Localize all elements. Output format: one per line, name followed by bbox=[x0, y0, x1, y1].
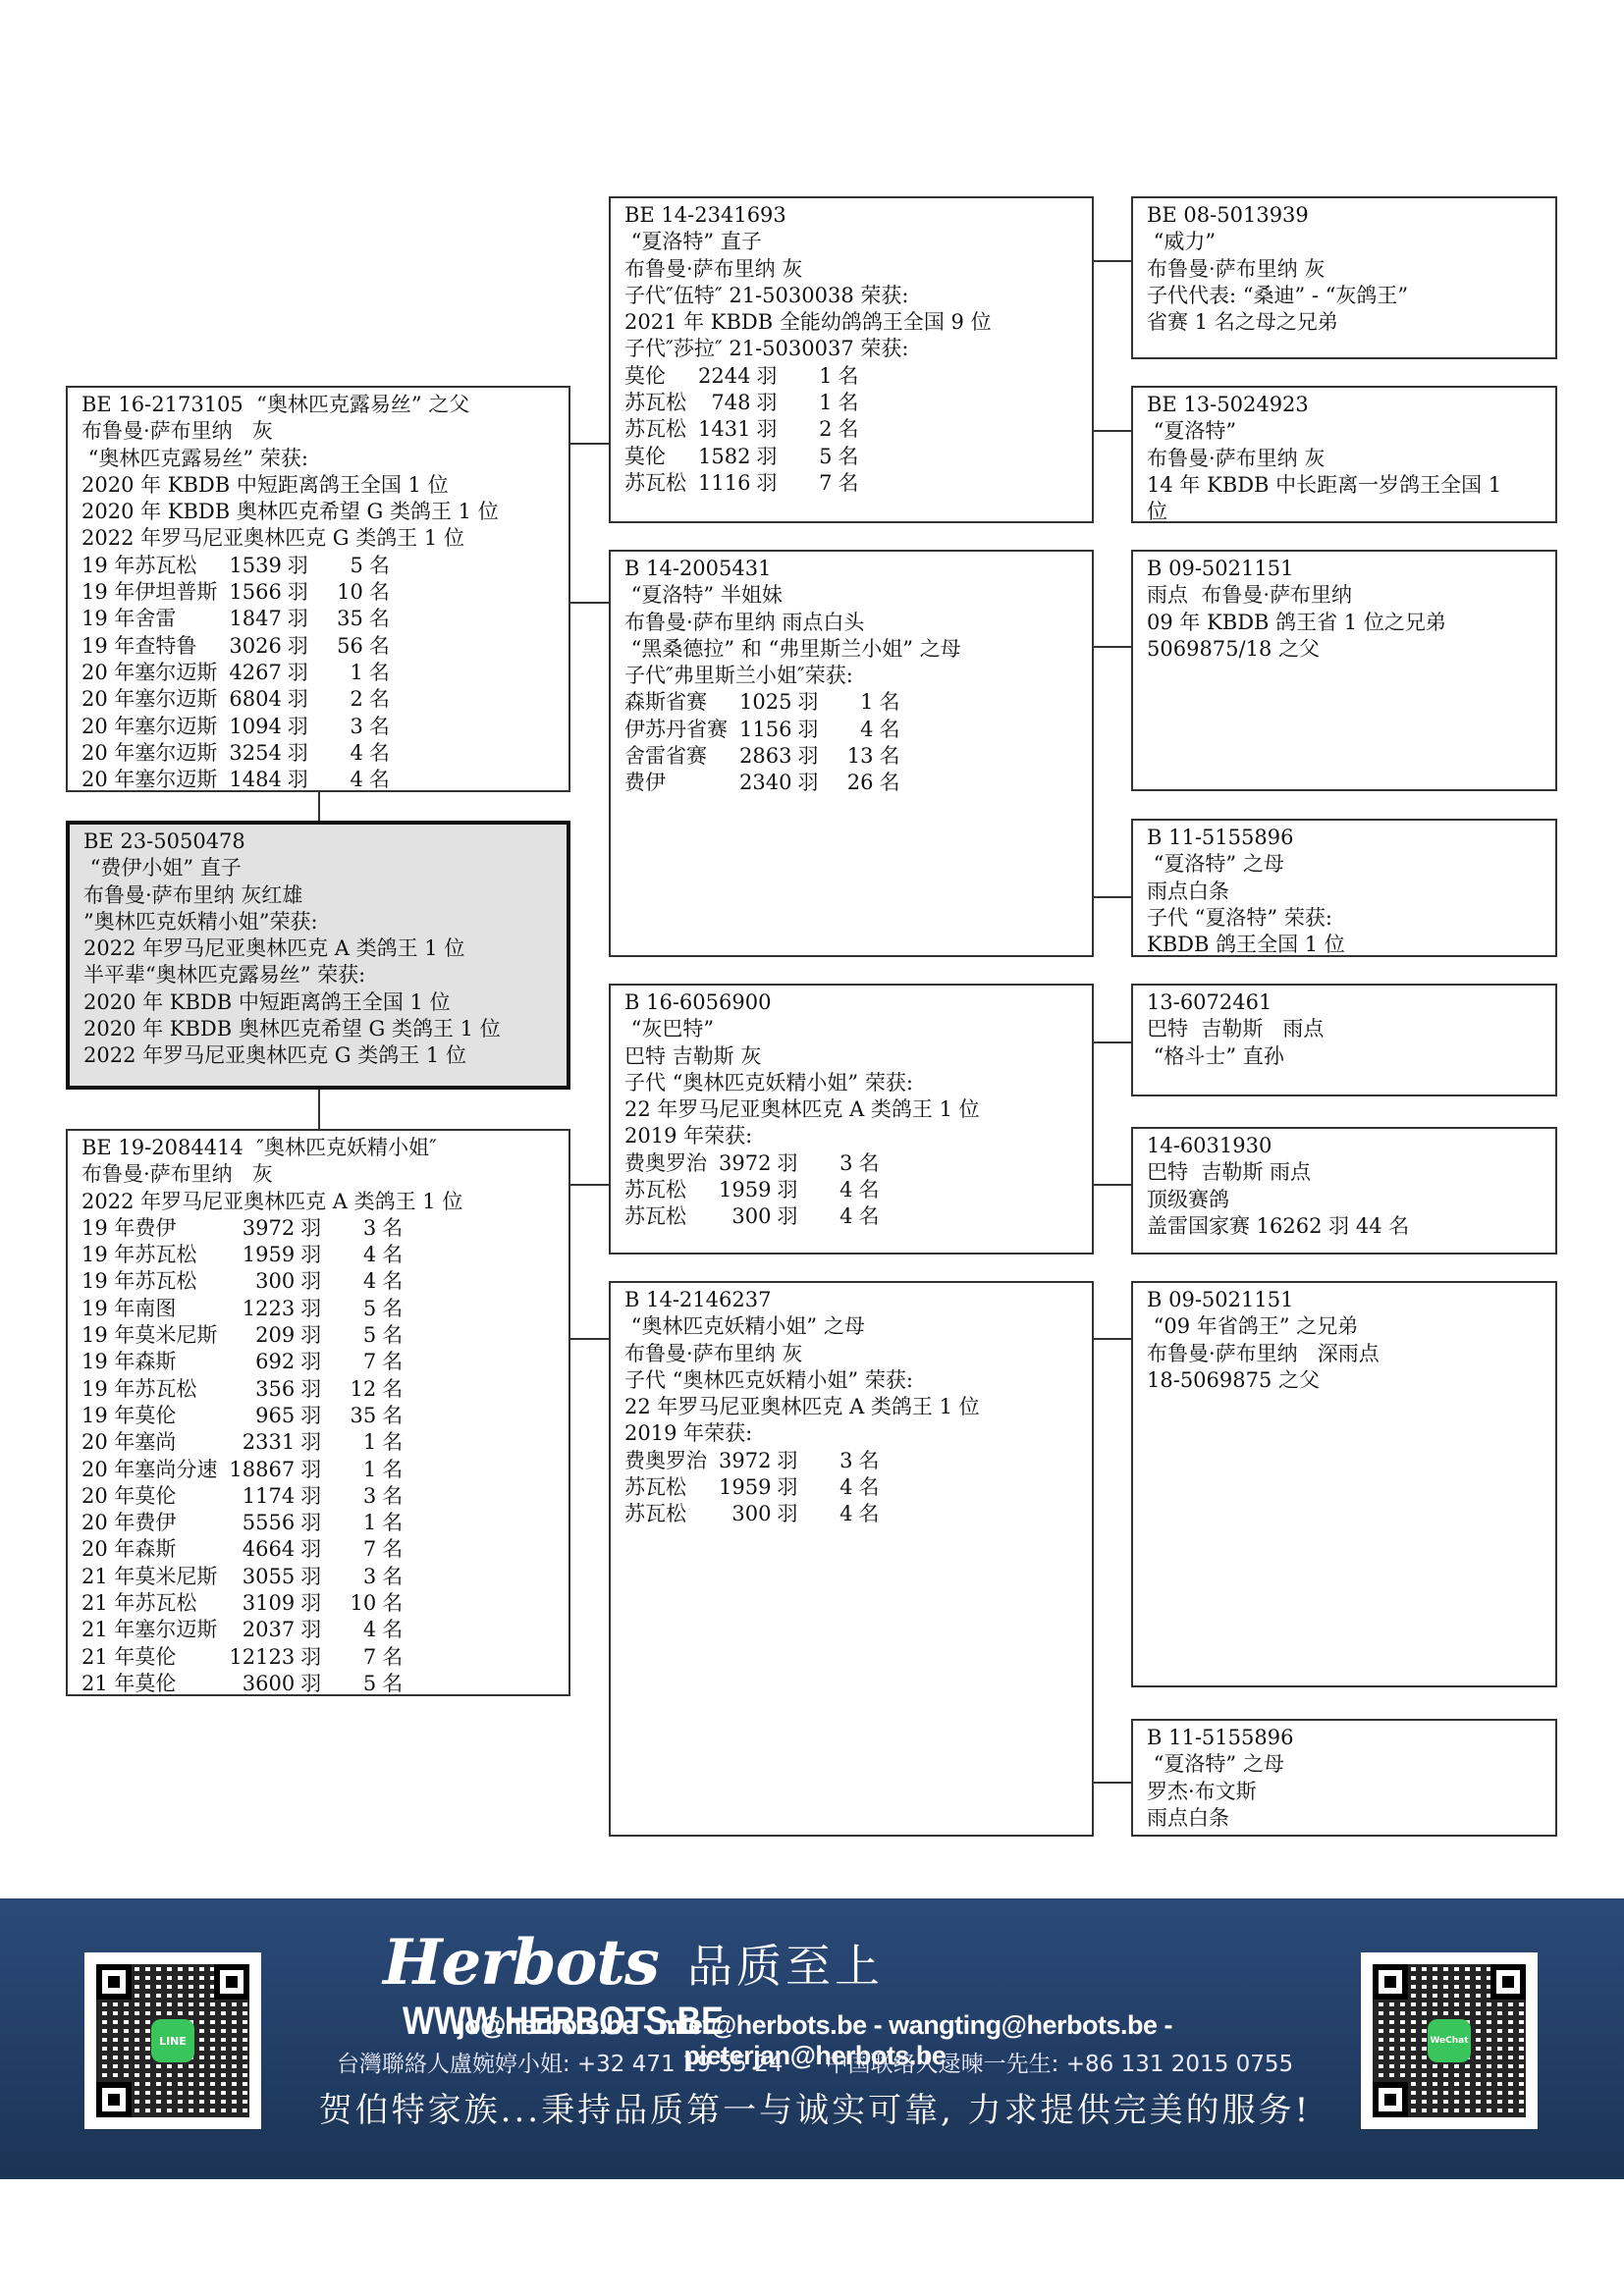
result-row: 21 年莫伦12123羽7名 bbox=[81, 1644, 403, 1671]
subject-line: 2022 年罗马尼亚奥林匹克 G 类鸽王 1 位 bbox=[83, 1042, 553, 1069]
gp-line: “黑桑德拉” 和 “弗里斯兰小姐” 之母 bbox=[624, 636, 1078, 663]
result-race: 苏瓦松 bbox=[624, 1177, 707, 1203]
result-birds: 12123 bbox=[217, 1644, 295, 1671]
subject-ring: BE 23-5050478 bbox=[83, 828, 553, 855]
ggp-line: “夏洛特” bbox=[1147, 418, 1542, 445]
connector-dam-dd bbox=[569, 1338, 609, 1340]
result-unit: 羽 bbox=[295, 1483, 321, 1510]
result-row: 19 年莫米尼斯209羽5名 bbox=[81, 1322, 403, 1349]
result-birds: 3600 bbox=[217, 1671, 295, 1697]
result-birds: 2340 bbox=[728, 770, 791, 796]
subject-line: 2020 年 KBDB 奥林匹克希望 G 类鸽王 1 位 bbox=[83, 1016, 553, 1042]
result-rank-unit: 名 bbox=[376, 1215, 403, 1242]
result-rank: 13 bbox=[818, 743, 873, 770]
result-race: 19 年苏瓦松 bbox=[81, 1376, 217, 1403]
connector-ss-ssd bbox=[1092, 430, 1131, 432]
gp-line: B 16-6056900 bbox=[624, 989, 1078, 1016]
result-row: 20 年塞尔迈斯4267羽1名 bbox=[81, 660, 390, 686]
gp-line: 子代″伍特″ 21-5030038 荣获: bbox=[624, 283, 1078, 309]
result-birds: 1174 bbox=[217, 1483, 295, 1510]
result-birds: 3254 bbox=[217, 740, 281, 767]
result-unit: 羽 bbox=[771, 1203, 797, 1230]
result-race: 苏瓦松 bbox=[624, 1474, 707, 1501]
result-row: 20 年塞尚分速18867羽1名 bbox=[81, 1457, 403, 1483]
result-rank-unit: 名 bbox=[363, 633, 390, 660]
ggp-card-sss: BE 08-5013939 “威力” 布鲁曼·萨布里纳 灰 子代代表: “桑迪”… bbox=[1131, 196, 1557, 359]
result-rank: 4 bbox=[321, 1617, 376, 1643]
result-race: 19 年伊坦普斯 bbox=[81, 579, 217, 606]
ggp-line: B 09-5021151 bbox=[1147, 1287, 1542, 1313]
result-rank: 5 bbox=[321, 1671, 376, 1697]
result-birds: 209 bbox=[217, 1322, 295, 1349]
result-rank-unit: 名 bbox=[376, 1536, 403, 1563]
result-birds: 3055 bbox=[217, 1564, 295, 1590]
subject-line: “费伊小姐” 直子 bbox=[83, 855, 553, 881]
result-rank-unit: 名 bbox=[852, 1203, 879, 1230]
result-birds: 3109 bbox=[217, 1590, 295, 1617]
result-birds: 692 bbox=[217, 1349, 295, 1375]
result-rank-unit: 名 bbox=[376, 1242, 403, 1268]
result-rank-unit: 名 bbox=[363, 579, 390, 606]
result-row: 苏瓦松1959羽4名 bbox=[624, 1177, 879, 1203]
result-rank: 1 bbox=[321, 1457, 376, 1483]
result-row: 19 年苏瓦松1539羽5名 bbox=[81, 553, 390, 579]
ggp-line: 罗杰·布文斯 bbox=[1147, 1779, 1542, 1805]
ggp-card-dds: B 09-5021151 “09 年省鸽王” 之兄弟 布鲁曼·萨布里纳 深雨点 … bbox=[1131, 1281, 1557, 1687]
ggp-line: BE 13-5024923 bbox=[1147, 392, 1542, 418]
gp-line: “夏洛特” 直子 bbox=[624, 229, 1078, 255]
sire-line: 2022 年罗马尼亚奥林匹克 G 类鸽王 1 位 bbox=[81, 525, 555, 552]
connector-dam-ds bbox=[569, 1184, 609, 1186]
result-row: 19 年莫伦965羽35名 bbox=[81, 1403, 403, 1429]
gp-line: 2019 年荣获: bbox=[624, 1123, 1078, 1149]
ggp-line: 位 bbox=[1147, 499, 1542, 525]
result-birds: 1116 bbox=[686, 470, 750, 497]
ggp-line: 省赛 1 名之母之兄弟 bbox=[1147, 309, 1542, 336]
line-app-icon: LINE bbox=[151, 2019, 194, 2062]
result-birds: 1025 bbox=[728, 689, 791, 716]
subject-line: 2022 年罗马尼亚奥林匹克 A 类鸽王 1 位 bbox=[83, 935, 553, 962]
ggp-card-sds: B 09-5021151 雨点 布鲁曼·萨布里纳 09 年 KBDB 鸽王省 1… bbox=[1131, 550, 1557, 791]
result-rank-unit: 名 bbox=[873, 689, 899, 716]
result-race: 19 年莫伦 bbox=[81, 1403, 217, 1429]
result-row: 莫伦1582羽5名 bbox=[624, 444, 858, 470]
result-race: 森斯省赛 bbox=[624, 689, 728, 716]
result-rank: 4 bbox=[321, 1242, 376, 1268]
gp-line: 22 年罗马尼亚奥林匹克 A 类鸽王 1 位 bbox=[624, 1096, 1078, 1123]
result-rank-unit: 名 bbox=[852, 1177, 879, 1203]
gp-line: 子代 “奥林匹克妖精小姐” 荣获: bbox=[624, 1367, 1078, 1394]
result-race: 苏瓦松 bbox=[624, 416, 686, 443]
result-unit: 羽 bbox=[295, 1564, 321, 1590]
connector-sire-ss bbox=[569, 443, 609, 445]
result-birds: 1431 bbox=[686, 416, 750, 443]
result-rank: 4 bbox=[797, 1474, 852, 1501]
result-rank-unit: 名 bbox=[376, 1349, 403, 1375]
sire-line: 布鲁曼·萨布里纳 灰 bbox=[81, 418, 555, 445]
result-unit: 羽 bbox=[791, 689, 818, 716]
result-birds: 4267 bbox=[217, 660, 281, 686]
result-rank-unit: 名 bbox=[832, 444, 858, 470]
ggp-line: BE 08-5013939 bbox=[1147, 202, 1542, 229]
result-race: 19 年莫米尼斯 bbox=[81, 1322, 217, 1349]
ggp-line: 雨点白条 bbox=[1147, 879, 1542, 905]
result-race: 21 年莫米尼斯 bbox=[81, 1564, 217, 1590]
result-race: 21 年莫伦 bbox=[81, 1644, 217, 1671]
result-unit: 羽 bbox=[750, 444, 777, 470]
result-row: 苏瓦松300羽4名 bbox=[624, 1501, 879, 1527]
ggp-line: 顶级赛鸽 bbox=[1147, 1187, 1542, 1213]
line-qr-code[interactable]: LINE bbox=[84, 1952, 261, 2129]
result-race: 21 年莫伦 bbox=[81, 1671, 217, 1697]
result-unit: 羽 bbox=[295, 1349, 321, 1375]
sire-line: “奥林匹克露易丝” 荣获: bbox=[81, 446, 555, 472]
result-rank-unit: 名 bbox=[376, 1510, 403, 1536]
subject-line: 布鲁曼·萨布里纳 灰红雄 bbox=[83, 882, 553, 909]
subject-line: 半平辈“奥林匹克露易丝” 荣获: bbox=[83, 962, 553, 988]
result-birds: 748 bbox=[686, 390, 750, 416]
gp-line: 布鲁曼·萨布里纳 灰 bbox=[624, 1341, 1078, 1367]
result-unit: 羽 bbox=[295, 1296, 321, 1322]
result-rank-unit: 名 bbox=[376, 1457, 403, 1483]
herbots-logo: Herbots bbox=[383, 1926, 659, 2000]
ggp-line: 巴特 吉勒斯 雨点 bbox=[1147, 1159, 1542, 1186]
result-race: 19 年南图 bbox=[81, 1296, 217, 1322]
ggp-line: B 09-5021151 bbox=[1147, 556, 1542, 582]
result-birds: 1959 bbox=[217, 1242, 295, 1268]
gp-line: 布鲁曼·萨布里纳 雨点白头 bbox=[624, 610, 1078, 636]
connector-dd-dds bbox=[1092, 1338, 1131, 1340]
ggp-line: B 11-5155896 bbox=[1147, 825, 1542, 851]
result-unit: 羽 bbox=[282, 660, 308, 686]
result-birds: 1959 bbox=[707, 1474, 771, 1501]
result-unit: 羽 bbox=[771, 1177, 797, 1203]
result-row: 19 年费伊3972羽3名 bbox=[81, 1215, 403, 1242]
result-row: 舍雷省赛2863羽13名 bbox=[624, 743, 899, 770]
result-rank: 3 bbox=[321, 1564, 376, 1590]
result-birds: 3972 bbox=[217, 1215, 295, 1242]
result-rank-unit: 名 bbox=[873, 770, 899, 796]
sire-results-table: 19 年苏瓦松1539羽5名19 年伊坦普斯1566羽10名19 年舍雷1847… bbox=[81, 553, 390, 794]
sire-line: 2020 年 KBDB 奥林匹克希望 G 类鸽王 1 位 bbox=[81, 499, 555, 525]
result-birds: 300 bbox=[217, 1268, 295, 1295]
result-rank-unit: 名 bbox=[852, 1448, 879, 1474]
gp-line: B 14-2146237 bbox=[624, 1287, 1078, 1313]
result-row: 森斯省赛1025羽1名 bbox=[624, 689, 899, 716]
result-race: 20 年莫伦 bbox=[81, 1483, 217, 1510]
result-rank-unit: 名 bbox=[376, 1429, 403, 1456]
result-birds: 1094 bbox=[217, 714, 281, 740]
contact-phones: 台灣聯絡人盧婉婷小姐: +32 471 19 55 24 中国联络人逯暕一先生:… bbox=[295, 2046, 1335, 2078]
result-row: 19 年舍雷1847羽35名 bbox=[81, 606, 390, 632]
result-rank-unit: 名 bbox=[363, 714, 390, 740]
ggp-line: 18-5069875 之父 bbox=[1147, 1367, 1542, 1394]
result-rank-unit: 名 bbox=[376, 1376, 403, 1403]
result-race: 19 年舍雷 bbox=[81, 606, 217, 632]
result-unit: 羽 bbox=[750, 416, 777, 443]
result-rank-unit: 名 bbox=[376, 1403, 403, 1429]
result-rank: 1 bbox=[321, 1429, 376, 1456]
result-rank: 35 bbox=[321, 1403, 376, 1429]
result-race: 21 年苏瓦松 bbox=[81, 1590, 217, 1617]
result-rank: 3 bbox=[308, 714, 363, 740]
result-rank: 12 bbox=[321, 1376, 376, 1403]
result-race: 费奥罗治 bbox=[624, 1448, 707, 1474]
result-race: 费奥罗治 bbox=[624, 1150, 707, 1177]
granddam-maternal-card: B 14-2146237 “奥林匹克妖精小姐” 之母 布鲁曼·萨布里纳 灰 子代… bbox=[609, 1281, 1094, 1837]
ggp-line: 13-6072461 bbox=[1147, 989, 1542, 1016]
result-rank: 26 bbox=[818, 770, 873, 796]
result-race: 20 年塞尚分速 bbox=[81, 1457, 217, 1483]
qr-finder-icon bbox=[1373, 2082, 1408, 2117]
result-row: 21 年塞尔迈斯2037羽4名 bbox=[81, 1617, 403, 1643]
result-unit: 羽 bbox=[282, 740, 308, 767]
result-row: 20 年莫伦1174羽3名 bbox=[81, 1483, 403, 1510]
result-unit: 羽 bbox=[295, 1429, 321, 1456]
dam-line: 布鲁曼·萨布里纳 灰 bbox=[81, 1161, 555, 1188]
result-rank: 3 bbox=[797, 1448, 852, 1474]
result-unit: 羽 bbox=[295, 1403, 321, 1429]
dam-card: BE 19-2084414 ″奥林匹克妖精小姐″ 布鲁曼·萨布里纳 灰 2022… bbox=[66, 1129, 570, 1696]
result-unit: 羽 bbox=[282, 714, 308, 740]
gp-line: BE 14-2341693 bbox=[624, 202, 1078, 229]
result-unit: 羽 bbox=[771, 1448, 797, 1474]
result-row: 19 年苏瓦松1959羽4名 bbox=[81, 1242, 403, 1268]
gp-line: 子代 “奥林匹克妖精小姐” 荣获: bbox=[624, 1070, 1078, 1096]
result-rank-unit: 名 bbox=[363, 606, 390, 632]
result-race: 苏瓦松 bbox=[624, 1203, 707, 1230]
wechat-qr-code[interactable]: WeChat bbox=[1361, 1952, 1538, 2129]
result-row: 21 年莫伦3600羽5名 bbox=[81, 1671, 403, 1697]
result-birds: 965 bbox=[217, 1403, 295, 1429]
ggp-line: “夏洛特” 之母 bbox=[1147, 1751, 1542, 1778]
result-birds: 3972 bbox=[707, 1448, 771, 1474]
result-row: 20 年塞尔迈斯3254羽4名 bbox=[81, 740, 390, 767]
qr-finder-icon bbox=[1373, 1964, 1408, 2000]
result-unit: 羽 bbox=[295, 1376, 321, 1403]
gp-line: 2021 年 KBDB 全能幼鸽鸽王全国 9 位 bbox=[624, 309, 1078, 336]
result-race: 19 年苏瓦松 bbox=[81, 1268, 217, 1295]
result-rank: 4 bbox=[321, 1268, 376, 1295]
result-rank: 5 bbox=[308, 553, 363, 579]
result-race: 20 年塞尔迈斯 bbox=[81, 740, 217, 767]
result-rank-unit: 名 bbox=[376, 1322, 403, 1349]
result-birds: 2863 bbox=[728, 743, 791, 770]
result-rank: 4 bbox=[818, 717, 873, 743]
result-unit: 羽 bbox=[771, 1474, 797, 1501]
result-race: 20 年塞尔迈斯 bbox=[81, 686, 217, 713]
result-rank-unit: 名 bbox=[832, 363, 858, 390]
result-row: 20 年塞尚2331羽1名 bbox=[81, 1429, 403, 1456]
result-rank: 4 bbox=[797, 1501, 852, 1527]
qr-finder-icon bbox=[96, 2082, 132, 2117]
result-rank: 1 bbox=[321, 1510, 376, 1536]
connector-ds-dsd bbox=[1092, 1184, 1131, 1186]
grandsire-maternal-card: B 16-6056900 “灰巴特” 巴特 吉勒斯 灰 子代 “奥林匹克妖精小姐… bbox=[609, 984, 1094, 1255]
gp-line: 子代″莎拉″ 21-5030037 荣获: bbox=[624, 336, 1078, 362]
result-race: 20 年森斯 bbox=[81, 1536, 217, 1563]
result-row: 20 年塞尔迈斯6804羽2名 bbox=[81, 686, 390, 713]
result-race: 莫伦 bbox=[624, 363, 686, 390]
qr-finder-icon bbox=[214, 1964, 249, 2000]
result-rank: 7 bbox=[321, 1536, 376, 1563]
result-race: 19 年苏瓦松 bbox=[81, 1242, 217, 1268]
sire-line: BE 16-2173105 “奥林匹克露易丝” 之父 bbox=[81, 392, 555, 418]
result-birds: 18867 bbox=[217, 1457, 295, 1483]
ggp-line: B 11-5155896 bbox=[1147, 1725, 1542, 1751]
result-rank: 2 bbox=[308, 686, 363, 713]
gp-line: 22 年罗马尼亚奥林匹克 A 类鸽王 1 位 bbox=[624, 1394, 1078, 1420]
result-race: 21 年塞尔迈斯 bbox=[81, 1617, 217, 1643]
result-race: 19 年森斯 bbox=[81, 1349, 217, 1375]
result-rank-unit: 名 bbox=[376, 1483, 403, 1510]
ggp-card-dsd: 14-6031930 巴特 吉勒斯 雨点 顶级赛鸽 盖雷国家赛 16262 羽 … bbox=[1131, 1127, 1557, 1255]
result-rank-unit: 名 bbox=[376, 1296, 403, 1322]
result-rank: 2 bbox=[777, 416, 832, 443]
result-rank: 4 bbox=[797, 1177, 852, 1203]
qr-finder-icon bbox=[96, 1964, 132, 2000]
result-rank: 56 bbox=[308, 633, 363, 660]
result-rank: 5 bbox=[321, 1322, 376, 1349]
result-rank-unit: 名 bbox=[873, 743, 899, 770]
ggp-line: 雨点白条 bbox=[1147, 1805, 1542, 1832]
gp-line: “灰巴特” bbox=[624, 1016, 1078, 1042]
result-rank-unit: 名 bbox=[376, 1564, 403, 1590]
result-birds: 300 bbox=[707, 1203, 771, 1230]
result-unit: 羽 bbox=[282, 633, 308, 660]
result-rank: 3 bbox=[321, 1483, 376, 1510]
result-row: 苏瓦松1431羽2名 bbox=[624, 416, 858, 443]
ggp-card-ddd: B 11-5155896 “夏洛特” 之母 罗杰·布文斯 雨点白条 bbox=[1131, 1719, 1557, 1837]
result-row: 19 年查特鲁3026羽56名 bbox=[81, 633, 390, 660]
result-race: 19 年苏瓦松 bbox=[81, 553, 217, 579]
result-rank: 7 bbox=[777, 470, 832, 497]
result-rank-unit: 名 bbox=[852, 1150, 879, 1177]
result-unit: 羽 bbox=[295, 1215, 321, 1242]
result-race: 20 年塞尔迈斯 bbox=[81, 767, 217, 793]
result-unit: 羽 bbox=[791, 743, 818, 770]
ggp-line: “09 年省鸽王” 之兄弟 bbox=[1147, 1313, 1542, 1340]
result-unit: 羽 bbox=[791, 770, 818, 796]
result-birds: 3026 bbox=[217, 633, 281, 660]
slogan: 品质至上 bbox=[687, 1940, 884, 1993]
result-unit: 羽 bbox=[295, 1671, 321, 1697]
result-rank: 7 bbox=[321, 1644, 376, 1671]
ggp-line: 布鲁曼·萨布里纳 灰 bbox=[1147, 256, 1542, 283]
result-birds: 2037 bbox=[217, 1617, 295, 1643]
subject-card: BE 23-5050478 “费伊小姐” 直子 布鲁曼·萨布里纳 灰红雄 ”奥林… bbox=[66, 821, 570, 1090]
result-row: 苏瓦松300羽4名 bbox=[624, 1203, 879, 1230]
result-birds: 1223 bbox=[217, 1296, 295, 1322]
result-rank-unit: 名 bbox=[852, 1501, 879, 1527]
result-row: 19 年森斯692羽7名 bbox=[81, 1349, 403, 1375]
result-rank-unit: 名 bbox=[873, 717, 899, 743]
result-unit: 羽 bbox=[295, 1457, 321, 1483]
result-rank: 4 bbox=[797, 1203, 852, 1230]
dam-line: BE 19-2084414 ″奥林匹克妖精小姐″ bbox=[81, 1135, 555, 1161]
result-rank-unit: 名 bbox=[832, 416, 858, 443]
result-birds: 5556 bbox=[217, 1510, 295, 1536]
result-unit: 羽 bbox=[750, 363, 777, 390]
result-rank: 4 bbox=[308, 767, 363, 793]
result-rank: 5 bbox=[321, 1296, 376, 1322]
result-rank-unit: 名 bbox=[376, 1617, 403, 1643]
result-unit: 羽 bbox=[750, 470, 777, 497]
result-unit: 羽 bbox=[295, 1268, 321, 1295]
gp-results-table: 森斯省赛1025羽1名伊苏丹省赛1156羽4名舍雷省赛2863羽13名费伊234… bbox=[624, 689, 899, 796]
result-birds: 1566 bbox=[217, 579, 281, 606]
connector-subject-dam bbox=[318, 1088, 320, 1133]
result-race: 20 年费伊 bbox=[81, 1510, 217, 1536]
result-unit: 羽 bbox=[771, 1150, 797, 1177]
connector-subject-sire bbox=[318, 791, 320, 823]
result-birds: 300 bbox=[707, 1501, 771, 1527]
result-rank: 10 bbox=[321, 1590, 376, 1617]
result-row: 费伊2340羽26名 bbox=[624, 770, 899, 796]
result-birds: 2331 bbox=[217, 1429, 295, 1456]
result-birds: 2244 bbox=[686, 363, 750, 390]
result-unit: 羽 bbox=[750, 390, 777, 416]
result-unit: 羽 bbox=[282, 767, 308, 793]
gp-line: B 14-2005431 bbox=[624, 556, 1078, 582]
result-birds: 3972 bbox=[707, 1150, 771, 1177]
result-race: 19 年费伊 bbox=[81, 1215, 217, 1242]
result-race: 19 年查特鲁 bbox=[81, 633, 217, 660]
ggp-line: 盖雷国家赛 16262 羽 44 名 bbox=[1147, 1213, 1542, 1240]
gp-line: 子代″弗里斯兰小姐″荣获: bbox=[624, 663, 1078, 689]
result-rank-unit: 名 bbox=[832, 470, 858, 497]
result-rank-unit: 名 bbox=[363, 660, 390, 686]
result-rank-unit: 名 bbox=[832, 390, 858, 416]
result-birds: 1847 bbox=[217, 606, 281, 632]
result-race: 苏瓦松 bbox=[624, 470, 686, 497]
gp-results-table: 费奥罗治3972羽3名苏瓦松1959羽4名苏瓦松300羽4名 bbox=[624, 1150, 879, 1231]
result-unit: 羽 bbox=[295, 1644, 321, 1671]
result-birds: 1959 bbox=[707, 1177, 771, 1203]
subject-line: 2020 年 KBDB 中短距离鸽王全国 1 位 bbox=[83, 989, 553, 1016]
result-rank: 10 bbox=[308, 579, 363, 606]
result-race: 伊苏丹省赛 bbox=[624, 717, 728, 743]
result-row: 21 年苏瓦松3109羽10名 bbox=[81, 1590, 403, 1617]
result-row: 费奥罗治3972羽3名 bbox=[624, 1448, 879, 1474]
result-birds: 1156 bbox=[728, 717, 791, 743]
result-rank-unit: 名 bbox=[852, 1474, 879, 1501]
gp-line: “奥林匹克妖精小姐” 之母 bbox=[624, 1313, 1078, 1340]
result-unit: 羽 bbox=[282, 553, 308, 579]
result-row: 19 年苏瓦松300羽4名 bbox=[81, 1268, 403, 1295]
result-unit: 羽 bbox=[282, 606, 308, 632]
result-unit: 羽 bbox=[295, 1590, 321, 1617]
result-rank: 3 bbox=[797, 1150, 852, 1177]
result-race: 费伊 bbox=[624, 770, 728, 796]
result-rank: 35 bbox=[308, 606, 363, 632]
ggp-card-dss: 13-6072461 巴特 吉勒斯 雨点 “格斗士” 直孙 bbox=[1131, 984, 1557, 1096]
result-rank: 1 bbox=[818, 689, 873, 716]
wechat-app-icon: WeChat bbox=[1428, 2019, 1471, 2062]
result-unit: 羽 bbox=[791, 717, 818, 743]
result-race: 舍雷省赛 bbox=[624, 743, 728, 770]
result-unit: 羽 bbox=[295, 1242, 321, 1268]
result-race: 苏瓦松 bbox=[624, 1501, 707, 1527]
result-unit: 羽 bbox=[295, 1322, 321, 1349]
result-row: 21 年莫米尼斯3055羽3名 bbox=[81, 1564, 403, 1590]
result-row: 20 年塞尔迈斯1094羽3名 bbox=[81, 714, 390, 740]
dam-results-table: 19 年费伊3972羽3名19 年苏瓦松1959羽4名19 年苏瓦松300羽4名… bbox=[81, 1215, 403, 1697]
ggp-line: 14-6031930 bbox=[1147, 1133, 1542, 1159]
gp-line: 布鲁曼·萨布里纳 灰 bbox=[624, 256, 1078, 283]
result-rank: 1 bbox=[308, 660, 363, 686]
result-birds: 1539 bbox=[217, 553, 281, 579]
